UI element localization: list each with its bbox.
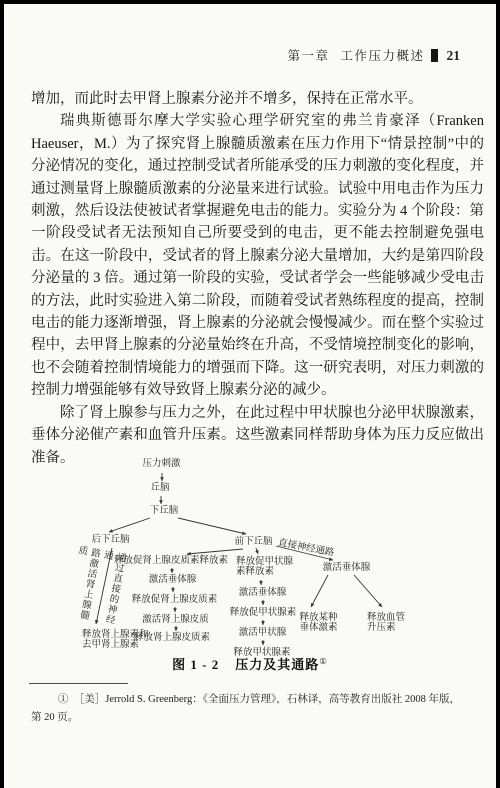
node-release-tsh: 释放促甲状腺素 bbox=[230, 608, 297, 618]
figure-caption: 图 1 - 2压力及其通路① bbox=[4, 654, 496, 673]
node-activate-thyroid: 激活甲状腺 bbox=[239, 628, 287, 638]
node-release-acth: 释放促肾上腺皮质素 bbox=[132, 595, 218, 605]
flow-arrow bbox=[178, 518, 246, 534]
footnote-divider bbox=[29, 683, 128, 684]
header-section-title: 工作压力概述 bbox=[340, 49, 424, 63]
node-hypothalamus: 下丘脑 bbox=[150, 506, 179, 516]
paragraph-experiment: 瑞典斯德哥尔摩大学实验心理学研究室的弗兰肯豪泽（Franken Haeuser，… bbox=[31, 110, 484, 401]
caption-footnote-mark: ① bbox=[319, 656, 328, 666]
flow-arrow bbox=[311, 575, 328, 607]
page-number: 21 bbox=[447, 48, 461, 63]
running-header: 第一章工作压力概述21 bbox=[287, 46, 460, 64]
node-activate-adrenal-cortex: 激活肾上腺皮质 bbox=[142, 615, 209, 625]
node-release-corticosteroid: 释放肾上腺皮质素 bbox=[134, 633, 210, 643]
node-activate-pituitary-a: 激活垂体腺 bbox=[149, 575, 197, 585]
figure-caption-title: 压力及其通路 bbox=[235, 657, 319, 672]
node-activate-pituitary-b: 激活垂体腺 bbox=[239, 588, 287, 598]
flow-arrow bbox=[187, 549, 243, 554]
flow-arrow bbox=[109, 518, 150, 532]
node-posterior-hypothalamus: 后下丘脑 bbox=[91, 535, 129, 545]
flow-arrow bbox=[354, 575, 382, 607]
node-activate-pituitary-c: 激活垂体腺 bbox=[323, 563, 371, 573]
figure-diagram: 压力刺激 丘脑 下丘脑 后下丘脑 前下丘脑 直接神经通路 通过直接的神经通 路激… bbox=[32, 452, 486, 667]
book-page: 第一章工作压力概述21 增加，而此时去甲肾上腺素分泌并不增多，保持在正常水平。 … bbox=[0, 0, 500, 788]
node-release-crh: 释放促肾上腺皮质素释放素 bbox=[114, 556, 228, 566]
header-chapter: 第一章 bbox=[287, 49, 329, 63]
body-text: 增加，而此时去甲肾上腺素分泌并不增多，保持在正常水平。 瑞典斯德哥尔摩大学实验心… bbox=[31, 88, 484, 469]
flow-arrow bbox=[256, 548, 258, 554]
figure-caption-label: 图 1 - 2 bbox=[172, 657, 219, 672]
node-release-vasopressin: 释放血管 升压素 bbox=[367, 613, 405, 633]
header-bar-icon bbox=[431, 49, 438, 62]
footnote-text: ① ［美］Jerrold S. Greenberg：《全面压力管理》，石林译，高… bbox=[31, 691, 486, 726]
node-thalamus: 丘脑 bbox=[150, 483, 169, 493]
paragraph-continuation: 增加，而此时去甲肾上腺素分泌并不增多，保持在正常水平。 bbox=[31, 88, 484, 110]
node-release-trh: 释放促甲状腺 素释放素 bbox=[236, 557, 293, 577]
node-stress-stimulus: 压力刺激 bbox=[142, 459, 180, 469]
node-anterior-hypothalamus: 前下丘脑 bbox=[234, 537, 272, 547]
node-release-pituitary-hormone: 释放某种 垂体激素 bbox=[299, 613, 337, 633]
